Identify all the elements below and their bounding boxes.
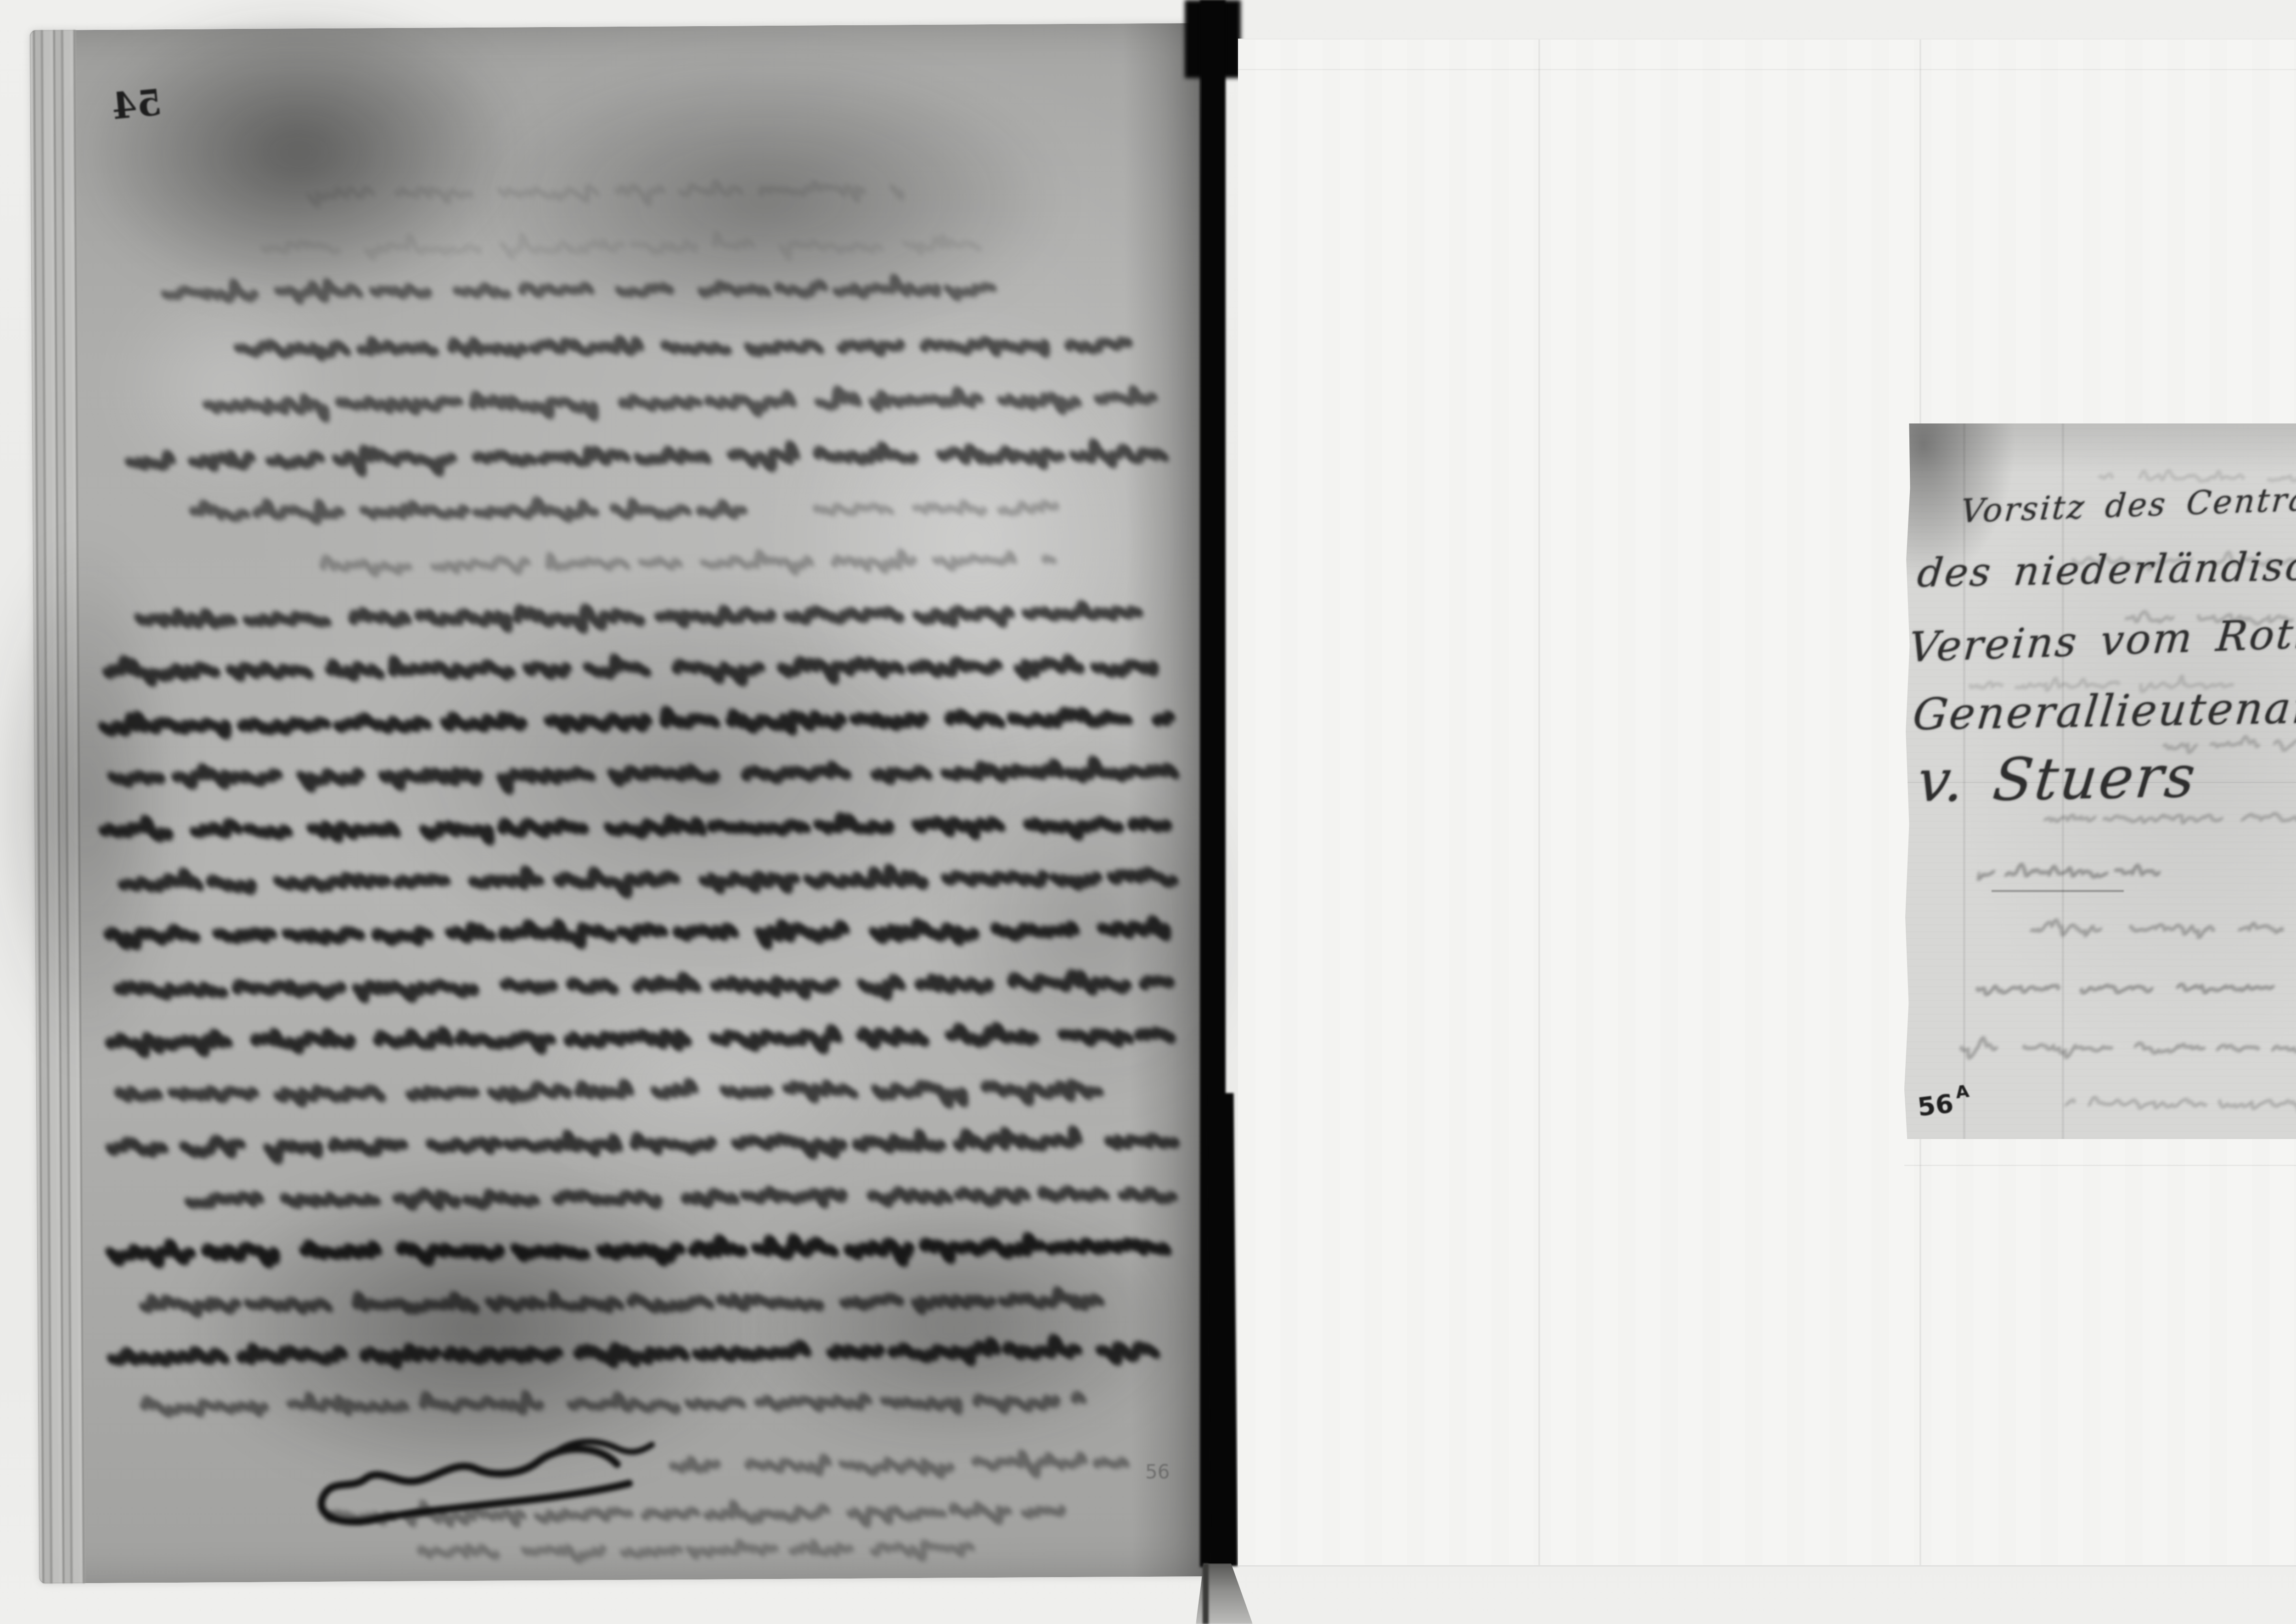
bleed-text-line bbox=[101, 908, 1177, 959]
bleed-text-line bbox=[111, 961, 1180, 1012]
catalog-number-superscript: A bbox=[1954, 1081, 1970, 1102]
bleed-text-line bbox=[199, 378, 1160, 428]
bleed-text-line bbox=[315, 539, 1060, 588]
note-card: Vorsitz des Central Comdes niederländisc… bbox=[1904, 423, 2296, 1139]
scanned-book-spread: 54 56 Vorsitz des Central Comdes niederl… bbox=[0, 0, 2296, 1624]
bleed-text-line bbox=[121, 433, 1170, 484]
mirrored-signature-flourish bbox=[295, 1432, 663, 1535]
bleed-text-line bbox=[103, 1225, 1182, 1276]
bleed-text-line bbox=[181, 1173, 1181, 1223]
bleed-text-line bbox=[102, 1120, 1181, 1170]
card-handwriting-line: des niederländischen bbox=[1915, 542, 2296, 597]
bleed-text-line bbox=[96, 803, 1176, 853]
bleed-text-line bbox=[96, 697, 1176, 748]
bleed-text-line bbox=[808, 486, 1094, 532]
bleed-text-line bbox=[186, 488, 748, 536]
gutter-shadow bbox=[1123, 23, 1210, 1577]
card-handwriting-line: Vorsitz des Central Com bbox=[1959, 477, 2296, 530]
card-handwriting-line: Generallieutenant bbox=[1910, 683, 2296, 740]
page-top-edge-line bbox=[1238, 69, 2296, 70]
bleed-text-line bbox=[135, 1279, 1110, 1329]
mirrored-bleed-text-layer bbox=[30, 23, 1210, 1584]
bleed-text-line bbox=[131, 592, 1180, 642]
gutter-leaf-number: 56 bbox=[1145, 1460, 1170, 1483]
card-bottom-shadow-line bbox=[1904, 1165, 2296, 1166]
mirrored-page-number: 54 bbox=[110, 82, 164, 128]
bleed-text-line bbox=[105, 750, 1178, 801]
bleed-text-line bbox=[301, 168, 909, 216]
bleed-text-line bbox=[664, 1441, 1134, 1488]
gutter-black-bar-lower bbox=[1207, 1093, 1238, 1566]
card-catalog-number: 56A bbox=[1915, 1081, 1972, 1122]
bleed-text-line bbox=[136, 1380, 1088, 1429]
catalog-number-text: 56 bbox=[1916, 1088, 1955, 1122]
bleed-text-line bbox=[111, 1067, 1109, 1117]
left-page: 54 bbox=[30, 23, 1210, 1584]
page-crease-line bbox=[1538, 39, 1540, 1565]
bleed-text-line bbox=[231, 323, 1137, 372]
spine-bottom-line bbox=[1203, 1563, 1209, 1624]
card-handwriting-layer: Vorsitz des Central Comdes niederländisc… bbox=[1904, 423, 2296, 1139]
bleed-text-line bbox=[100, 644, 1178, 695]
bleed-text-line bbox=[255, 223, 1001, 271]
bleed-text-line bbox=[102, 1014, 1178, 1065]
card-handwriting-line: Vereins vom Rothen bbox=[1907, 607, 2296, 671]
bleed-text-line bbox=[157, 266, 1003, 316]
bleed-text-line bbox=[413, 1527, 974, 1574]
card-handwriting-line: v. Stuers bbox=[1914, 743, 2200, 815]
bleed-text-line bbox=[115, 856, 1179, 906]
bleed-text-line bbox=[104, 1329, 1157, 1379]
